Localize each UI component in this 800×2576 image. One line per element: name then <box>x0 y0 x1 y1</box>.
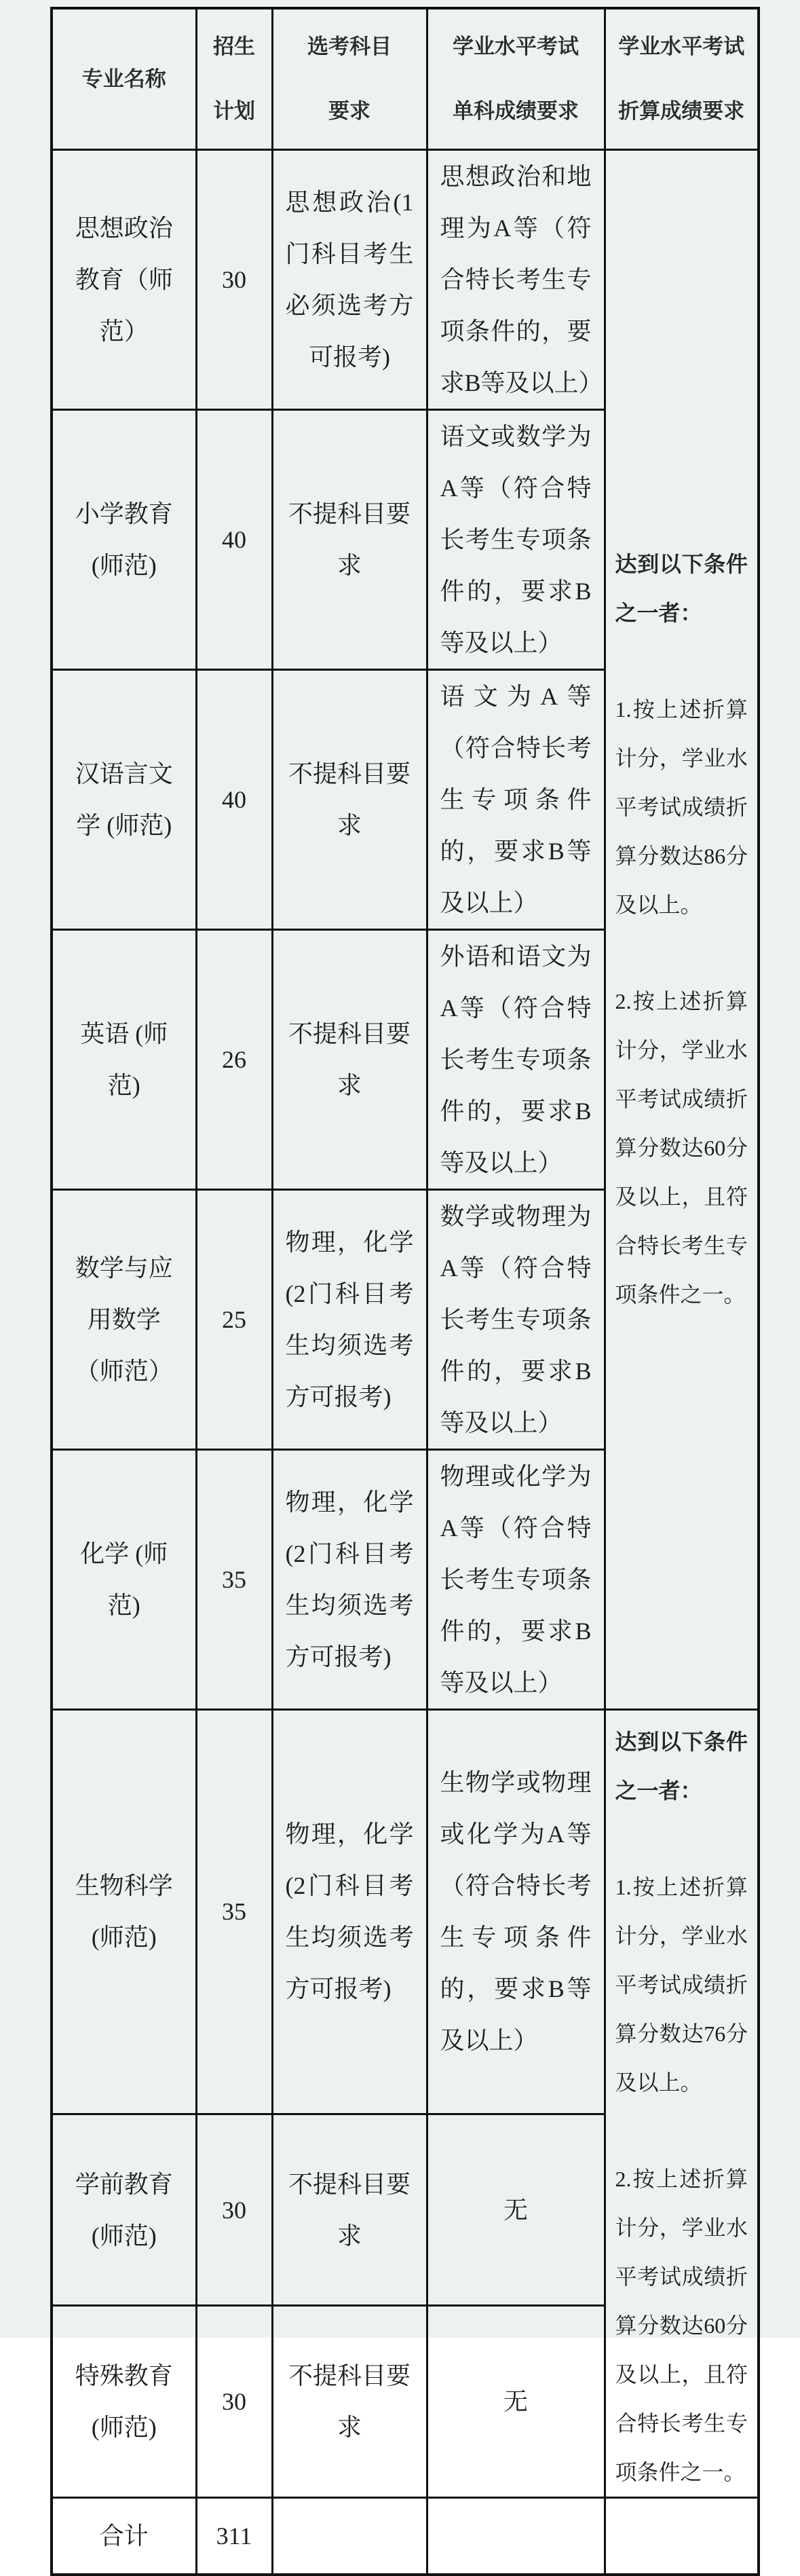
totals-label-cell: 合计 <box>52 2497 196 2575</box>
single-score-cell: 语文或数学为A等（符合特长考生专项条件的，要求B等及以上） <box>427 409 605 669</box>
major-cell: 生物科学 (师范) <box>52 1709 196 2114</box>
major-cell: 英语 (师范) <box>52 929 196 1189</box>
note-item-2: 2.按上述折算计分，学业水平考试成绩折算分数达60分及以上，且符合特长考生专项条… <box>615 977 748 1319</box>
subjects-cell: 不提科目要求 <box>272 2306 427 2497</box>
converted-score-note-group2: 达到以下条件之一者： 1.按上述折算计分，学业水平考试成绩折算分数达76分及以上… <box>605 1709 759 2497</box>
header-subjects: 选考科目 要求 <box>272 8 427 149</box>
single-score-cell: 物理或化学为A等（符合特长考生专项条件的，要求B等及以上） <box>427 1449 605 1709</box>
plan-cell: 25 <box>196 1189 272 1449</box>
plan-cell: 40 <box>196 669 272 929</box>
major-cell: 特殊教育 (师范) <box>52 2306 196 2497</box>
single-score-cell: 无 <box>427 2114 605 2306</box>
page-background: 专业名称 招生 计划 选考科目 要求 学业水平考试 单科成绩要求 学业水平考试 … <box>0 0 800 2338</box>
subjects-cell: 物理，化学(2门科目考生均须选考方可报考) <box>272 1709 427 2114</box>
single-score-cell: 语文为A等（符合特长考生专项条件的，要求B等及以上） <box>427 669 605 929</box>
plan-cell: 40 <box>196 409 272 669</box>
subjects-cell: 物理，化学(2门科目考生均须选考方可报考) <box>272 1189 427 1449</box>
major-cell: 数学与应用数学（师范） <box>52 1189 196 1449</box>
converted-score-cell <box>605 2497 759 2575</box>
note-heading: 达到以下条件之一者： <box>615 540 748 637</box>
admissions-table: 专业名称 招生 计划 选考科目 要求 学业水平考试 单科成绩要求 学业水平考试 … <box>50 7 760 2576</box>
single-score-cell: 无 <box>427 2306 605 2497</box>
subjects-cell: 不提科目要求 <box>272 669 427 929</box>
converted-score-note-group1: 达到以下条件之一者： 1.按上述折算计分，学业水平考试成绩折算分数达86分及以上… <box>605 149 759 1709</box>
note-item-1: 1.按上述折算计分，学业水平考试成绩折算分数达86分及以上。 <box>615 685 748 929</box>
subjects-cell: 不提科目要求 <box>272 409 427 669</box>
single-score-cell: 外语和语文为A等（符合特长考生专项条件的，要求B等及以上） <box>427 929 605 1189</box>
totals-row: 合计 311 <box>52 2497 759 2575</box>
note-item-1: 1.按上述折算计分，学业水平考试成绩折算分数达76分及以上。 <box>615 1863 748 2107</box>
major-cell: 汉语言文学 (师范) <box>52 669 196 929</box>
major-cell: 学前教育 (师范) <box>52 2114 196 2306</box>
note-item-2: 2.按上述折算计分，学业水平考试成绩折算分数达60分及以上，且符合特长考生专项条… <box>615 2154 748 2497</box>
plan-cell: 26 <box>196 929 272 1189</box>
plan-cell: 35 <box>196 1709 272 2114</box>
subjects-cell: 物理，化学(2门科目考生均须选考方可报考) <box>272 1449 427 1709</box>
plan-cell: 30 <box>196 2306 272 2497</box>
subjects-cell: 不提科目要求 <box>272 2114 427 2306</box>
major-cell: 化学 (师范) <box>52 1449 196 1709</box>
subjects-cell: 思想政治(1门科目考生必须选考方可报考) <box>272 149 427 409</box>
major-cell: 思想政治教育（师范） <box>52 149 196 409</box>
major-cell: 小学教育 (师范) <box>52 409 196 669</box>
header-major-label: 专业名称 <box>56 47 193 111</box>
table-row: 生物科学 (师范) 35 物理，化学(2门科目考生均须选考方可报考) 生物学或物… <box>52 1709 759 2114</box>
single-score-cell: 数学或物理为A等（符合特长考生专项条件的，要求B等及以上） <box>427 1189 605 1449</box>
plan-cell: 30 <box>196 149 272 409</box>
table-header-row: 专业名称 招生 计划 选考科目 要求 学业水平考试 单科成绩要求 学业水平考试 … <box>52 8 759 149</box>
header-major: 专业名称 <box>52 8 196 149</box>
table-row: 思想政治教育（师范） 30 思想政治(1门科目考生必须选考方可报考) 思想政治和… <box>52 149 759 409</box>
header-converted-score: 学业水平考试 折算成绩要求 <box>605 8 759 149</box>
single-score-cell <box>427 2497 605 2575</box>
subjects-cell: 不提科目要求 <box>272 929 427 1189</box>
single-score-cell: 生物学或物理或化学为A等（符合特长考生专项条件的，要求B等及以上） <box>427 1709 605 2114</box>
header-plan: 招生 计划 <box>196 8 272 149</box>
single-score-cell: 思想政治和地理为A等（符合特长考生专项条件的，要求B等及以上） <box>427 149 605 409</box>
note-heading: 达到以下条件之一者： <box>615 1717 748 1815</box>
header-single-score: 学业水平考试 单科成绩要求 <box>427 8 605 149</box>
plan-cell: 35 <box>196 1449 272 1709</box>
subjects-cell <box>272 2497 427 2575</box>
totals-plan-cell: 311 <box>196 2497 272 2575</box>
plan-cell: 30 <box>196 2114 272 2306</box>
